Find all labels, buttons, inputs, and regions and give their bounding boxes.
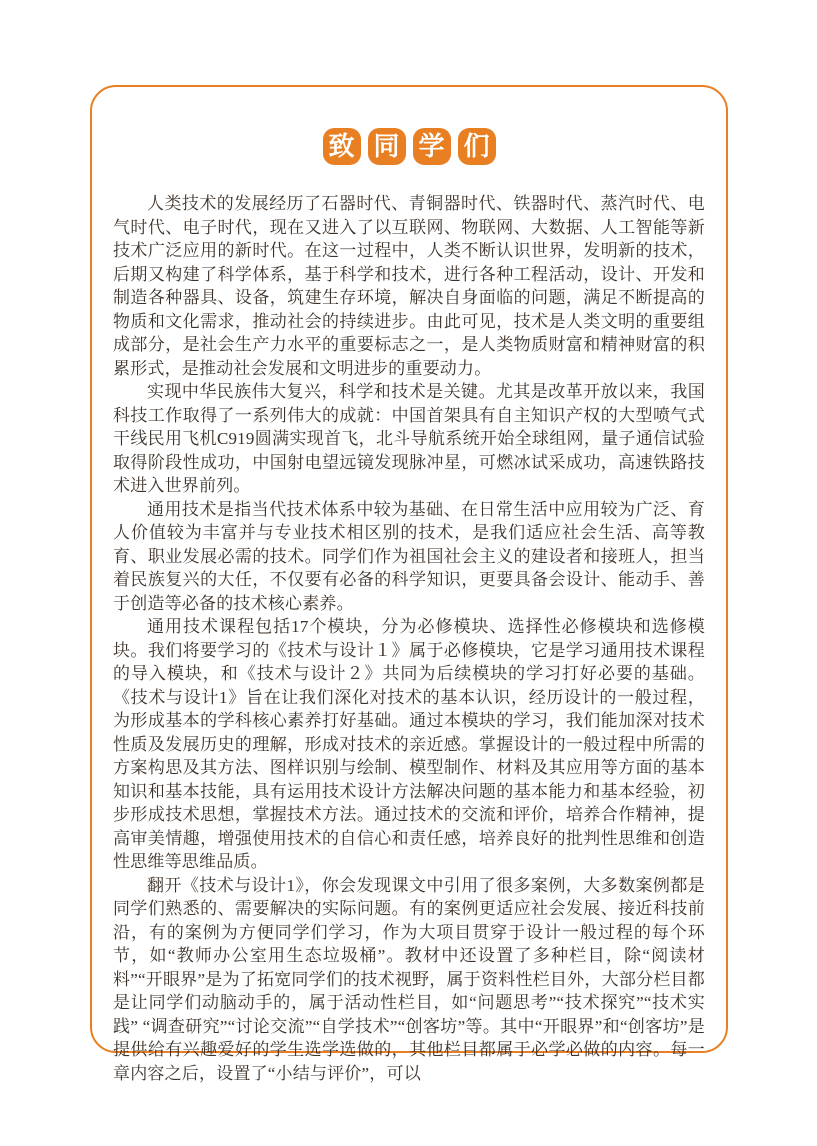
title-badge: 致 [323, 128, 361, 165]
page-border-frame: 致 同 学 们 人类技术的发展经历了石器时代、青铜器时代、铁器时代、蒸汽时代、电… [90, 85, 728, 1053]
body-text: 人类技术的发展经历了石器时代、青铜器时代、铁器时代、蒸汽时代、电气时代、电子时代… [92, 192, 726, 1085]
page-title: 致 同 学 们 [92, 128, 726, 165]
body-paragraph: 通用技术课程包括17个模块，分为必修模块、选择性必修模块和选修模块。我们将要学习… [113, 615, 705, 874]
title-badge: 学 [413, 128, 451, 165]
body-paragraph: 实现中华民族伟大复兴，科学和技术是关键。尤其是改革开放以来，我国科技工作取得了一… [113, 380, 705, 498]
title-badge: 同 [368, 128, 406, 165]
title-badge: 们 [458, 128, 496, 165]
body-paragraph: 人类技术的发展经历了石器时代、青铜器时代、铁器时代、蒸汽时代、电气时代、电子时代… [113, 192, 705, 380]
body-paragraph: 翻开《技术与设计1》，你会发现课文中引用了很多案例，大多数案例都是同学们熟悉的、… [113, 874, 705, 1086]
body-paragraph: 通用技术是指当代技术体系中较为基础、在日常生活中应用较为广泛、育人价值较为丰富并… [113, 498, 705, 616]
